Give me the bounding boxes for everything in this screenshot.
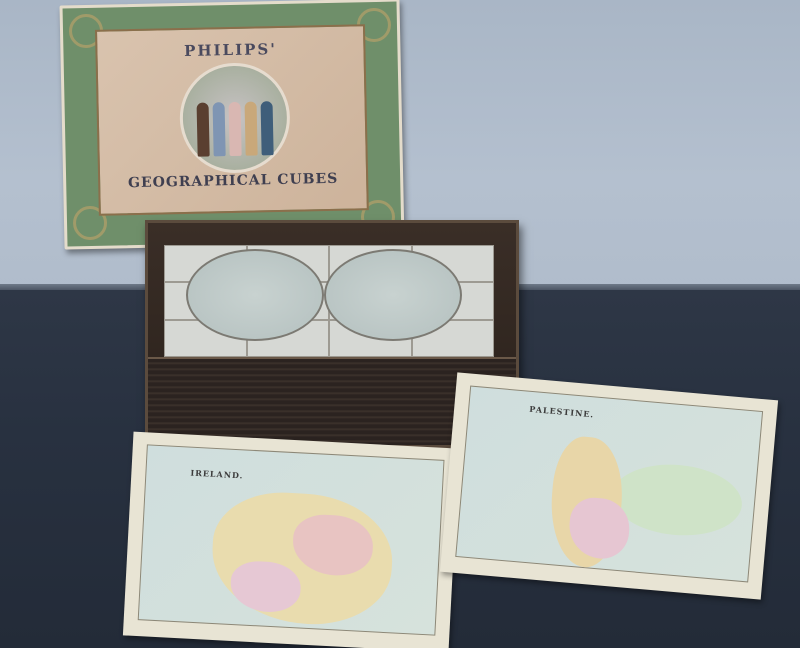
- figures-medallion: [179, 62, 291, 174]
- figure: [197, 102, 210, 156]
- figure: [229, 102, 242, 156]
- map-palestine[interactable]: PALESTINE.: [440, 372, 778, 599]
- box-lid: PHILIPS' GEOGRAPHICAL CUBES: [59, 0, 404, 250]
- western-hemisphere: [186, 249, 324, 341]
- land: [609, 459, 745, 540]
- map-title: IRELAND.: [190, 468, 244, 481]
- eastern-hemisphere: [324, 249, 462, 341]
- figure: [245, 101, 258, 155]
- map-frame: IRELAND.: [138, 444, 445, 635]
- map-title: PALESTINE.: [529, 404, 595, 420]
- figure: [261, 101, 274, 155]
- figure: [213, 102, 226, 156]
- map-frame: PALESTINE.: [455, 386, 763, 583]
- map-ireland[interactable]: IRELAND.: [123, 432, 459, 648]
- lid-label-panel: PHILIPS' GEOGRAPHICAL CUBES: [95, 24, 369, 216]
- lid-subtitle: GEOGRAPHICAL CUBES: [100, 170, 366, 192]
- lid-title: PHILIPS': [97, 38, 363, 62]
